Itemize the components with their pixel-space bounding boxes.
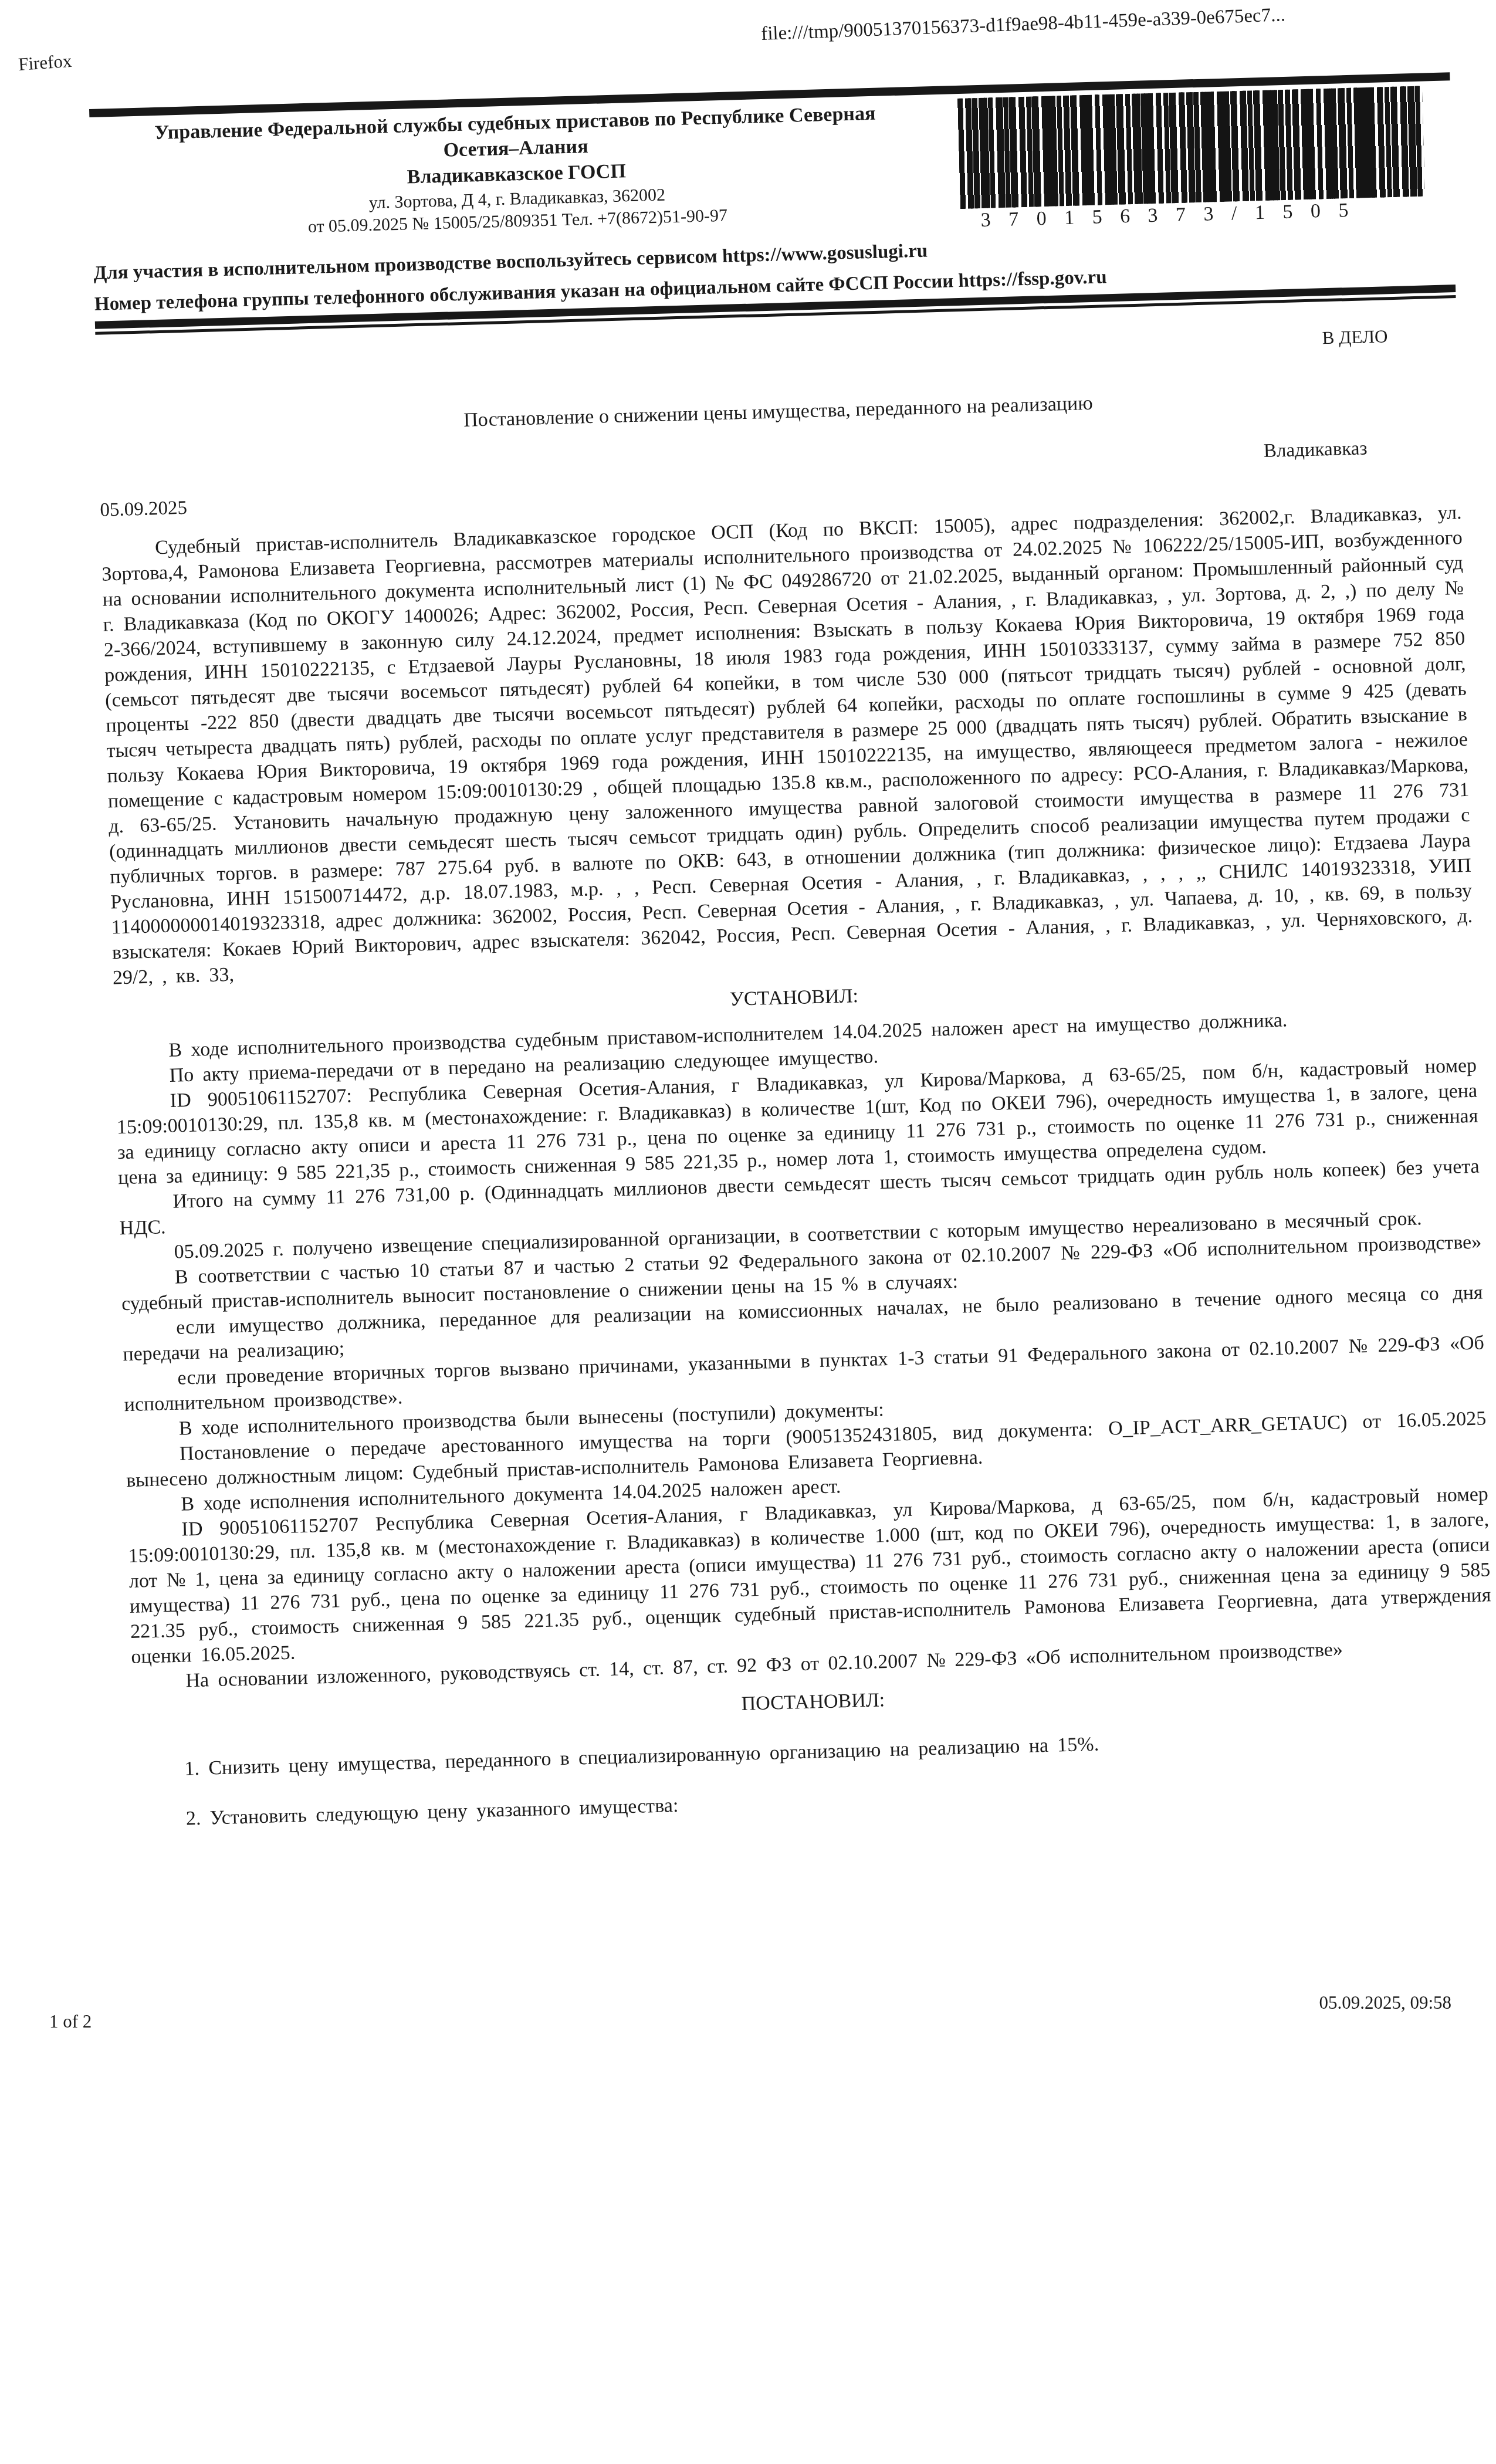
document-title: Постановление о снижении цены имущества,… [97,383,1458,442]
document-body: Судебный пристав-исполнитель Владикавказ… [101,500,1496,1833]
letterhead-org-block: Управление Федеральной службы судебных п… [89,94,943,244]
v-delo-stamp: В ДЕЛО [96,324,1457,382]
barcode-block: 3 7 0 1 5 6 3 7 3 / 1 5 0 5 [940,80,1454,232]
scanned-document: Управление Федеральной службы судебных п… [89,72,1496,1833]
print-timestamp: 05.09.2025, 09:58 [1319,1992,1451,2013]
barcode [957,86,1425,209]
browser-app-label: Firefox [18,50,73,75]
resolution-item: 2. Установить следующую цену указанного … [135,1771,1496,1833]
document-paragraph: Судебный пристав-исполнитель Владикавказ… [101,500,1474,990]
page-indicator: 1 of 2 [49,2011,92,2032]
resolution-item: 1. Снизить цену имущества, переданного в… [134,1721,1495,1783]
document-file-url: file:///tmp/90051370156373-d1f9ae98-4b11… [761,0,1465,45]
